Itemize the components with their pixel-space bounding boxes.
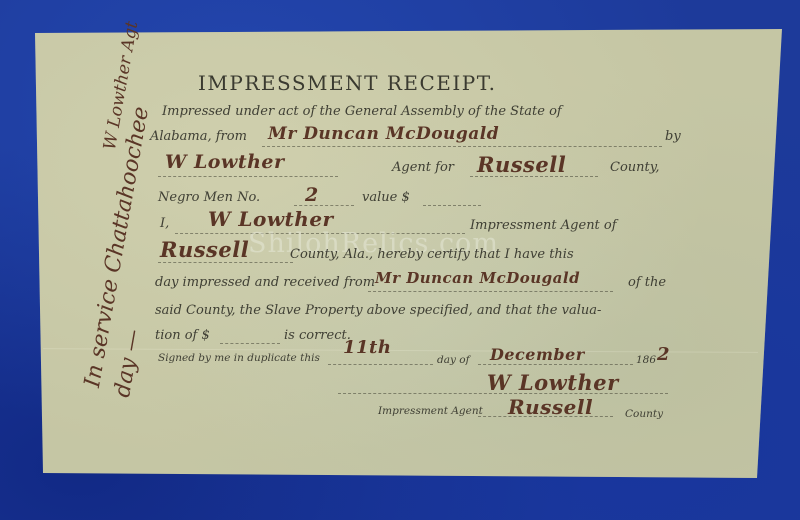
county-2-handwritten: Russell: [160, 237, 249, 262]
line-3-mid: Agent for: [392, 160, 454, 175]
county-handwritten: Russell: [477, 152, 566, 177]
owner-name-handwritten: Mr Duncan McDougald: [268, 124, 499, 144]
line-1-text: Impressed under act of the General Assem…: [162, 104, 562, 119]
line-4-prefix: Negro Men No.: [158, 190, 260, 205]
line-8-text: said County, the Slave Property above sp…: [155, 303, 601, 318]
received-from-handwritten: Mr Duncan McDougald: [375, 269, 580, 287]
line-4-blank-value: [423, 205, 481, 206]
signature-handwritten: W Lowther: [487, 370, 619, 395]
year-digit-handwritten: 2: [657, 344, 670, 365]
line-7-prefix: day impressed and received from: [155, 275, 375, 290]
line-6-mid: County, Ala., hereby certify that I have…: [290, 247, 574, 262]
line-7-suffix: of the: [628, 275, 666, 290]
agent-label: Impressment Agent: [378, 405, 483, 417]
line-3-suffix: County,: [610, 160, 660, 175]
agent-county-suffix: County: [625, 408, 663, 420]
month-handwritten: December: [490, 345, 585, 364]
line-2-suffix: by: [665, 129, 681, 144]
line-4-value-label: value $: [362, 190, 410, 205]
line-5-prefix: I,: [160, 216, 169, 231]
line-9-blank-valuation: [220, 343, 280, 344]
signed-prefix: Signed by me in duplicate this: [158, 352, 320, 364]
document-title: IMPRESSMENT RECEIPT.: [198, 71, 497, 95]
line-9-suffix: is correct.: [284, 328, 351, 343]
line-6-blank-county: [158, 262, 293, 263]
day-handwritten: 11th: [343, 337, 391, 358]
signed-year-prefix: 186: [636, 354, 656, 366]
line-4-blank-number: [294, 205, 354, 206]
signature-county-handwritten: Russell: [508, 395, 593, 419]
signed-blank-month: [478, 364, 633, 365]
line-7-blank-received: [368, 291, 613, 292]
line-2-prefix: Alabama, from: [150, 129, 247, 144]
line-2-blank: [262, 146, 662, 147]
line-3-blank-agent: [158, 176, 338, 177]
signed-day-of: day of: [437, 354, 469, 366]
line-9-prefix: tion of $: [155, 328, 210, 343]
men-count-handwritten: 2: [305, 184, 319, 206]
signed-blank-day: [328, 364, 433, 365]
agent-name-handwritten: W Lowther: [165, 151, 285, 173]
